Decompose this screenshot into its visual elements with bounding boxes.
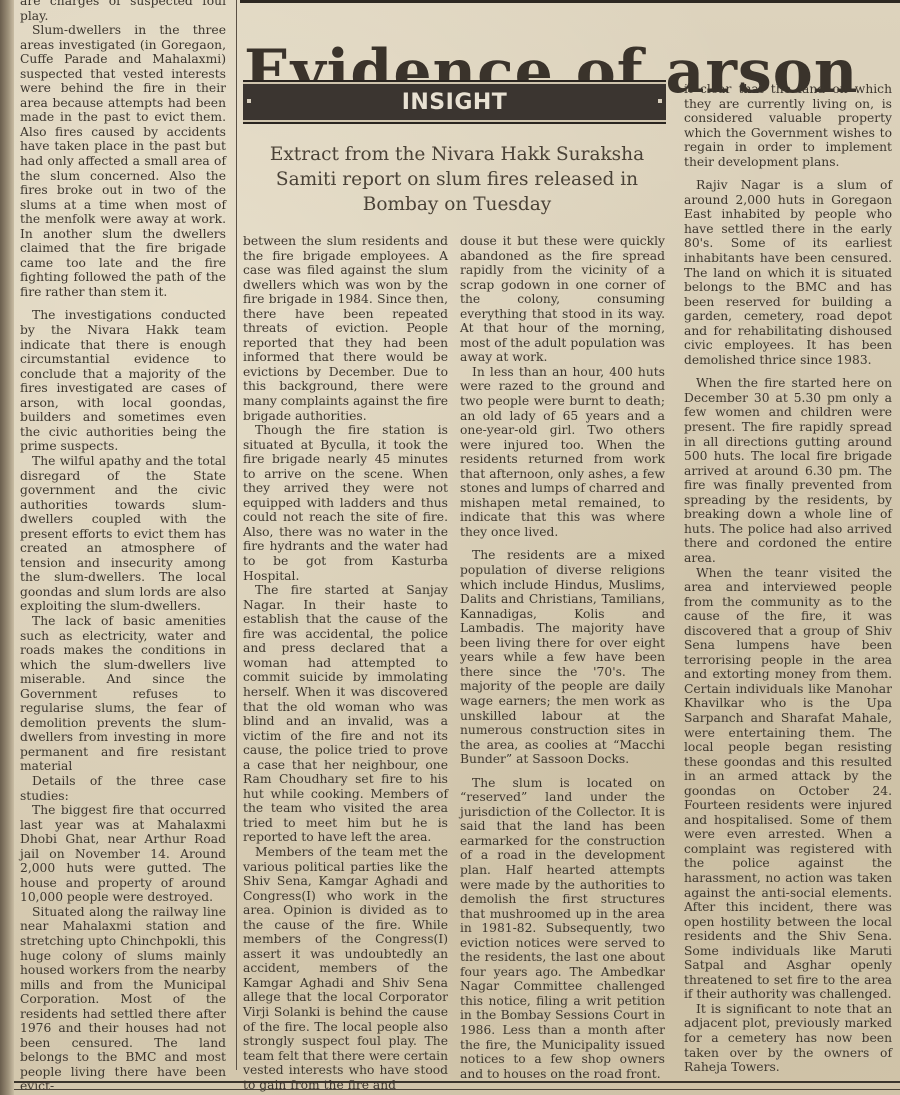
top-rule <box>240 0 900 3</box>
paragraph: The lack of basic amenities such as elec… <box>20 614 226 774</box>
bottom-rule <box>14 1089 900 1090</box>
paragraph: Slum-dwellers in the three areas investi… <box>20 23 226 299</box>
bottom-rule <box>14 1081 900 1083</box>
paragraph: Rajiv Nagar is a slum of around 2,000 hu… <box>684 178 892 367</box>
paragraph: In less than an hour, 400 huts were raze… <box>460 365 665 540</box>
paragraph: it clear that the land on which they are… <box>684 82 892 169</box>
paragraph: When the teanr visited the area and inte… <box>684 566 892 1002</box>
paragraph: douse it but these were quickly abandone… <box>460 234 665 365</box>
paragraph: The fire started at Sanjay Nagar. In the… <box>243 583 448 845</box>
paragraph: Though the fire station is situated at B… <box>243 423 448 583</box>
paragraph: Members of the team met the various poli… <box>243 845 448 1092</box>
paragraph: The residents are a mixed population of … <box>460 548 665 766</box>
paragraph: Details of the three case studies: <box>20 774 226 803</box>
article-column-2: between the slum residents and the fire … <box>243 234 448 1092</box>
paragraph: between the slum residents and the fire … <box>243 234 448 423</box>
article-column-3: douse it but these were quickly abandone… <box>460 234 665 1081</box>
paragraph: The biggest fire that occurred last year… <box>20 803 226 905</box>
banner-dot-icon <box>658 99 662 103</box>
section-banner: INSIGHT <box>243 80 666 124</box>
paragraph: It is significant to note that an adjace… <box>684 1002 892 1075</box>
banner-dot-icon <box>247 99 251 103</box>
paragraph: The investigations conducted by the Niva… <box>20 308 226 453</box>
paragraph: are charges of suspected foul play. <box>20 0 226 23</box>
column-rule <box>236 0 237 1070</box>
article-column-4: it clear that the land on which they are… <box>684 82 892 1075</box>
article-column-1: are charges of suspected foul play. Slum… <box>20 0 226 1094</box>
paragraph: Situated along the railway line near Mah… <box>20 905 226 1094</box>
paragraph: When the fire started here on December 3… <box>684 376 892 565</box>
page-left-edge <box>0 0 14 1095</box>
section-label: INSIGHT <box>402 90 508 115</box>
subheadline: Extract from the Nivara Hakk Suraksha Sa… <box>244 142 670 217</box>
paragraph: The slum is located on “reserved” land u… <box>460 776 665 1081</box>
paragraph: The wilful apathy and the total disregar… <box>20 454 226 614</box>
